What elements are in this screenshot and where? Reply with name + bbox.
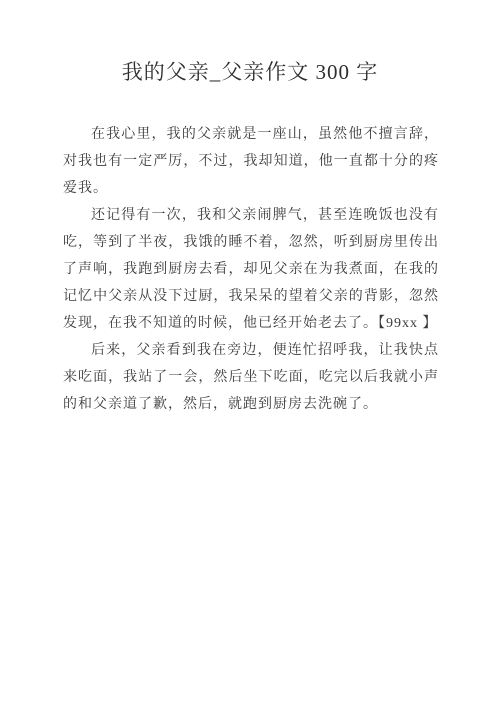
paragraph: 还记得有一次，我和父亲闹脾气，甚至连晚饭也没有吃，等到了半夜，我饿的睡不着，忽然… <box>63 202 439 337</box>
document-title: 我的父亲_父亲作文 300 字 <box>0 0 500 86</box>
paragraph: 后来，父亲看到我在旁边，便连忙招呼我，让我快点来吃面，我站了一会，然后坐下吃面，… <box>63 337 439 418</box>
document-page: 我的父亲_父亲作文 300 字 在我心里，我的父亲就是一座山，虽然他不擅言辞，对… <box>0 0 500 708</box>
paragraph: 在我心里，我的父亲就是一座山，虽然他不擅言辞，对我也有一定严厉，不过，我却知道，… <box>63 121 439 202</box>
document-body: 在我心里，我的父亲就是一座山，虽然他不擅言辞，对我也有一定严厉，不过，我却知道，… <box>63 121 439 418</box>
